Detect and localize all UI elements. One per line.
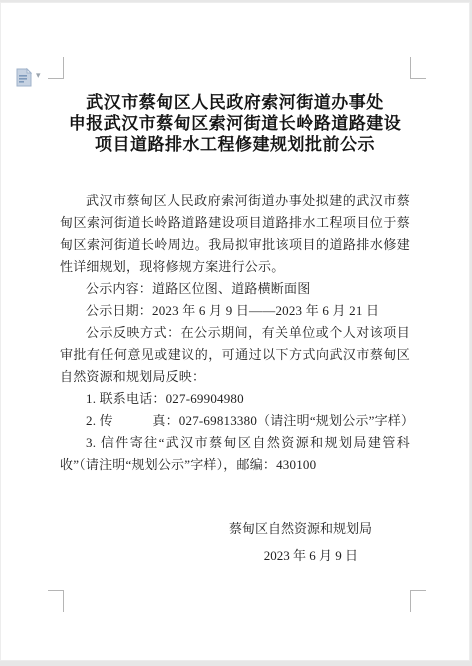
- list-item-mail[interactable]: 3. 信件寄往“武汉市蔡甸区自然资源和规划局建管科收”（请注明“规划公示”字样）…: [60, 432, 410, 476]
- title-line-1[interactable]: 武汉市蔡甸区人民政府索河街道办事处: [60, 92, 410, 113]
- paragraph-notice-content[interactable]: 公示内容：道路区位图、道路横断面图: [60, 278, 410, 300]
- list-item-phone[interactable]: 1. 联系电话：027-69904980: [60, 388, 410, 410]
- doc-assistant-control[interactable]: ▾: [15, 68, 41, 87]
- title-line-2[interactable]: 申报武汉市蔡甸区索河街道长岭路道路建设: [60, 113, 410, 134]
- document-page: ▾ 武汉市蔡甸区人民政府索河街道办事处 申报武汉市蔡甸区索河街道长岭路道路建设 …: [1, 3, 469, 660]
- margin-mark-bottom-left: [48, 590, 64, 612]
- signature-block: 蔡甸区自然资源和规划局 2023 年 6 月 9 日: [60, 515, 410, 569]
- chevron-down-icon[interactable]: ▾: [36, 72, 41, 81]
- document-title[interactable]: 武汉市蔡甸区人民政府索河街道办事处 申报武汉市蔡甸区索河街道长岭路道路建设 项目…: [60, 3, 410, 155]
- signature-date[interactable]: 2023 年 6 月 9 日: [60, 542, 410, 569]
- signature-org[interactable]: 蔡甸区自然资源和规划局: [60, 515, 410, 542]
- document-icon[interactable]: [15, 68, 32, 87]
- paragraph-intro[interactable]: 武汉市蔡甸区人民政府索河街道办事处拟建的武汉市蔡甸区索河街道长岭路道路建设项目道…: [60, 190, 410, 278]
- margin-mark-bottom-right: [410, 590, 426, 612]
- paragraph-feedback-methods[interactable]: 公示反映方式：在公示期间，有关单位或个人对该项目审批有任何意见或建议的，可通过以…: [60, 322, 410, 388]
- document-content: 武汉市蔡甸区人民政府索河街道办事处 申报武汉市蔡甸区索河街道长岭路道路建设 项目…: [60, 3, 410, 569]
- document-body: 武汉市蔡甸区人民政府索河街道办事处拟建的武汉市蔡甸区索河街道长岭路道路建设项目道…: [60, 190, 410, 476]
- title-line-3[interactable]: 项目道路排水工程修建规划批前公示: [60, 134, 410, 155]
- list-item-fax[interactable]: 2. 传 真：027-69813380（请注明“规划公示”字样）: [60, 410, 410, 432]
- editor-viewport: ▾ 武汉市蔡甸区人民政府索河街道办事处 申报武汉市蔡甸区索河街道长岭路道路建设 …: [0, 0, 472, 666]
- paragraph-notice-dates[interactable]: 公示日期：2023 年 6 月 9 日——2023 年 6 月 21 日: [60, 300, 410, 322]
- margin-mark-top-right: [410, 57, 426, 79]
